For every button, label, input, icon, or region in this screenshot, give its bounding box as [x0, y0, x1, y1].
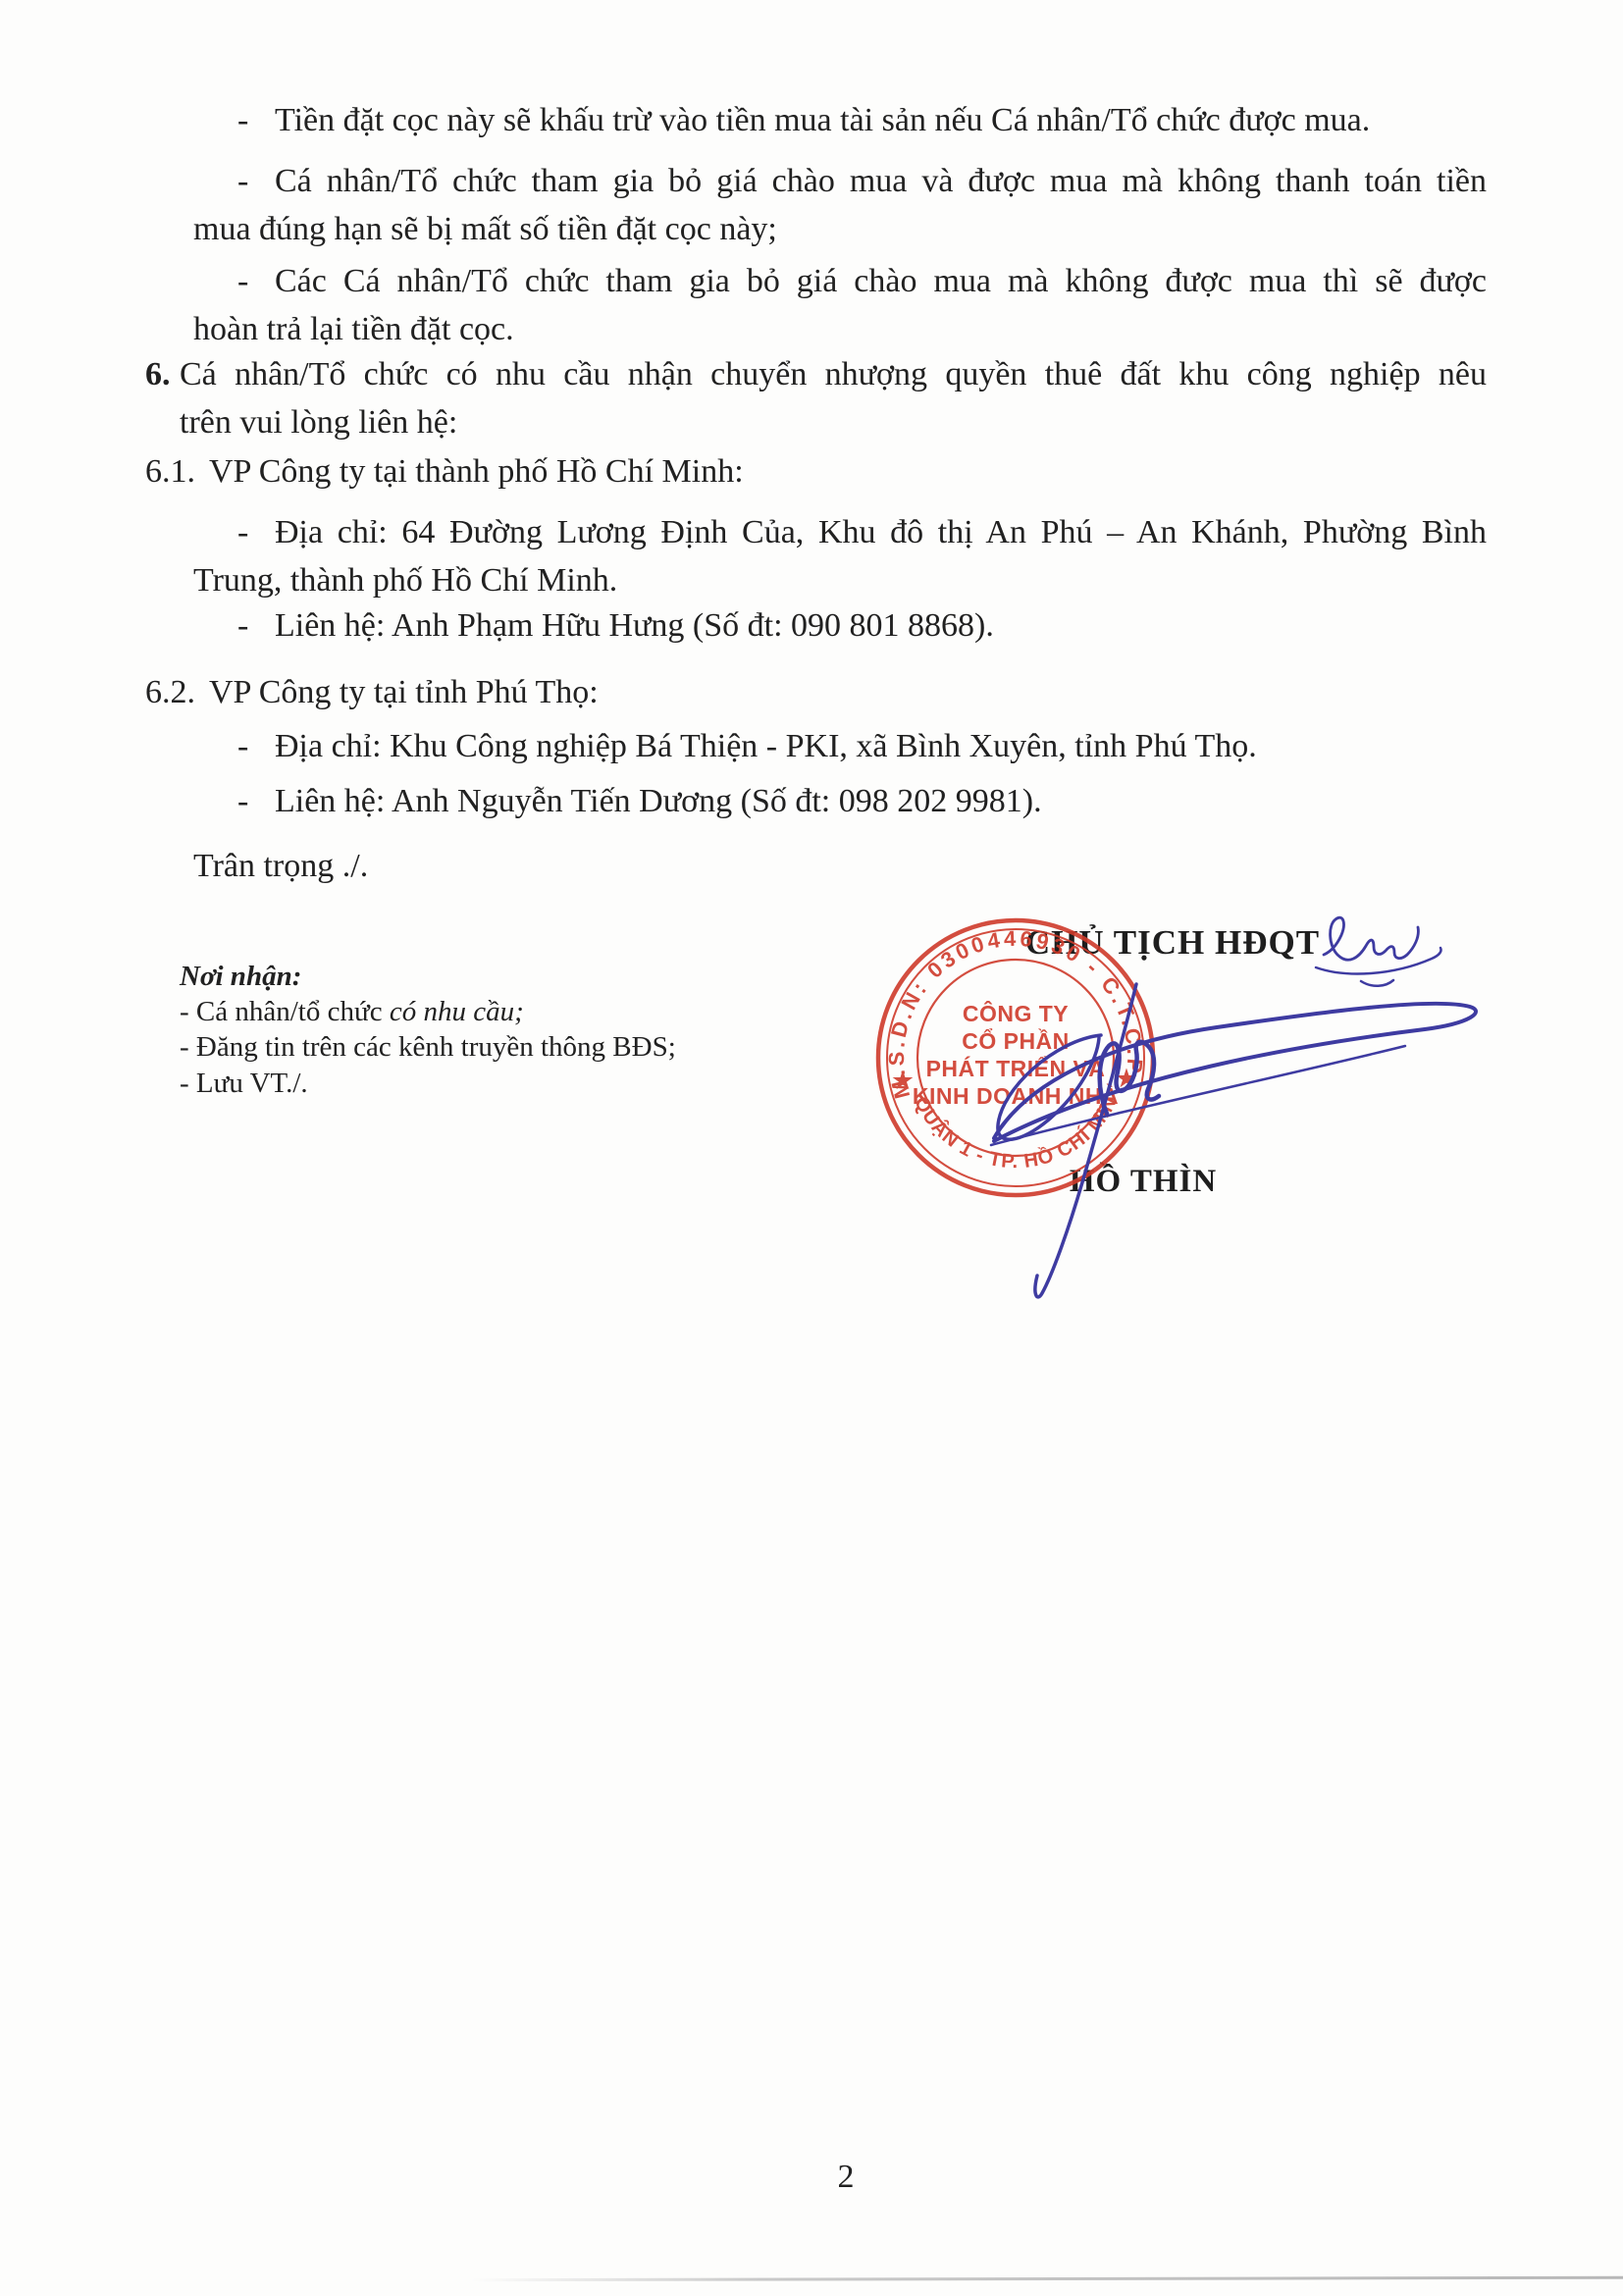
recipient-item: - Đăng tin trên các kênh truyền thông BĐ… [180, 1029, 676, 1065]
item-6: 6. Cá nhân/Tổ chức có nhu cầu nhận chuyể… [180, 350, 1487, 446]
bullet-dash: - [237, 257, 273, 305]
stamp-star-left-icon: ★ [891, 1066, 915, 1095]
paragraph-line: Các Cá nhân/Tổ chức tham gia bỏ giá chào… [275, 257, 1487, 305]
section-title: VP Công ty tại thành phố Hồ Chí Minh: [209, 453, 744, 490]
paragraph-line: hoàn trả lại tiền đặt cọc. [193, 305, 1487, 353]
bullet-dash: - [237, 722, 273, 770]
deposit-bullet-3: - Các Cá nhân/Tổ chức tham gia bỏ giá ch… [193, 257, 1487, 353]
section-62-contact: - Liên hệ: Anh Nguyễn Tiến Dương (Số đt:… [193, 777, 1487, 825]
deposit-bullet-1: - Tiền đặt cọc này sẽ khấu trừ vào tiền … [193, 96, 1487, 144]
scanned-document-page: - Tiền đặt cọc này sẽ khấu trừ vào tiền … [0, 0, 1623, 2296]
section-title: VP Công ty tại tỉnh Phú Thọ: [209, 674, 599, 710]
stamp-and-signature-graphic: M.S.D.N: 0300446930 - C.T.C.P QUẬN 1 - T… [824, 873, 1531, 1344]
stamp-center-line: CÔNG TY [963, 1000, 1069, 1026]
section-61-contact: - Liên hệ: Anh Phạm Hữu Hưng (Số đt: 090… [193, 601, 1487, 650]
section-number: 6.2. [145, 674, 195, 710]
paragraph-line: Cá nhân/Tổ chức tham gia bỏ giá chào mua… [275, 157, 1487, 205]
recipients-header: Nơi nhận: [180, 959, 301, 994]
section-61-heading: 6.1.VP Công ty tại thành phố Hồ Chí Minh… [145, 447, 1487, 496]
recipient-text: - Cá nhân/tổ chức [180, 996, 390, 1027]
paragraph-line: mua đúng hạn sẽ bị mất số tiền đặt cọc n… [193, 205, 1487, 253]
bullet-dash: - [237, 508, 273, 556]
bullet-dash: - [237, 777, 273, 825]
paragraph-line: Địa chỉ: Khu Công nghiệp Bá Thiện - PKI,… [275, 722, 1487, 770]
bullet-dash: - [237, 157, 273, 205]
section-61-address: - Địa chỉ: 64 Đường Lương Định Của, Khu … [193, 508, 1487, 604]
paragraph-line: Liên hệ: Anh Nguyễn Tiến Dương (Số đt: 0… [275, 777, 1487, 825]
section-number: 6.1. [145, 453, 195, 490]
handwritten-initial-ink [1316, 917, 1441, 986]
paragraph-line: Trung, thành phố Hồ Chí Minh. [193, 556, 1487, 604]
scan-artifact-line [471, 2276, 1623, 2281]
stamp-center-line: CỔ PHẦN [962, 1027, 1070, 1054]
paragraph-line: Cá nhân/Tổ chức có nhu cầu nhận chuyển n… [180, 350, 1487, 398]
deposit-bullet-2: - Cá nhân/Tổ chức tham gia bỏ giá chào m… [193, 157, 1487, 253]
item-number: 6. [145, 350, 171, 398]
recipient-emphasis: có nhu cầu; [390, 996, 524, 1027]
bullet-dash: - [237, 96, 273, 144]
paragraph-line: Liên hệ: Anh Phạm Hữu Hưng (Số đt: 090 8… [275, 601, 1487, 650]
bullet-dash: - [237, 601, 273, 650]
paragraph-line: Tiền đặt cọc này sẽ khấu trừ vào tiền mu… [275, 96, 1487, 144]
company-stamp-icon: M.S.D.N: 0300446930 - C.T.C.P QUẬN 1 - T… [824, 873, 1153, 1195]
section-62-heading: 6.2.VP Công ty tại tỉnh Phú Thọ: [145, 668, 1487, 716]
section-62-address: - Địa chỉ: Khu Công nghiệp Bá Thiện - PK… [193, 722, 1487, 770]
recipient-item: - Lưu VT./. [180, 1066, 308, 1101]
page-number: 2 [824, 2159, 867, 2196]
paragraph-line: trên vui lòng liên hệ: [180, 398, 1487, 446]
recipient-item: - Cá nhân/tổ chức có nhu cầu; [180, 994, 524, 1029]
paragraph-line: Địa chỉ: 64 Đường Lương Định Của, Khu đô… [275, 508, 1487, 556]
